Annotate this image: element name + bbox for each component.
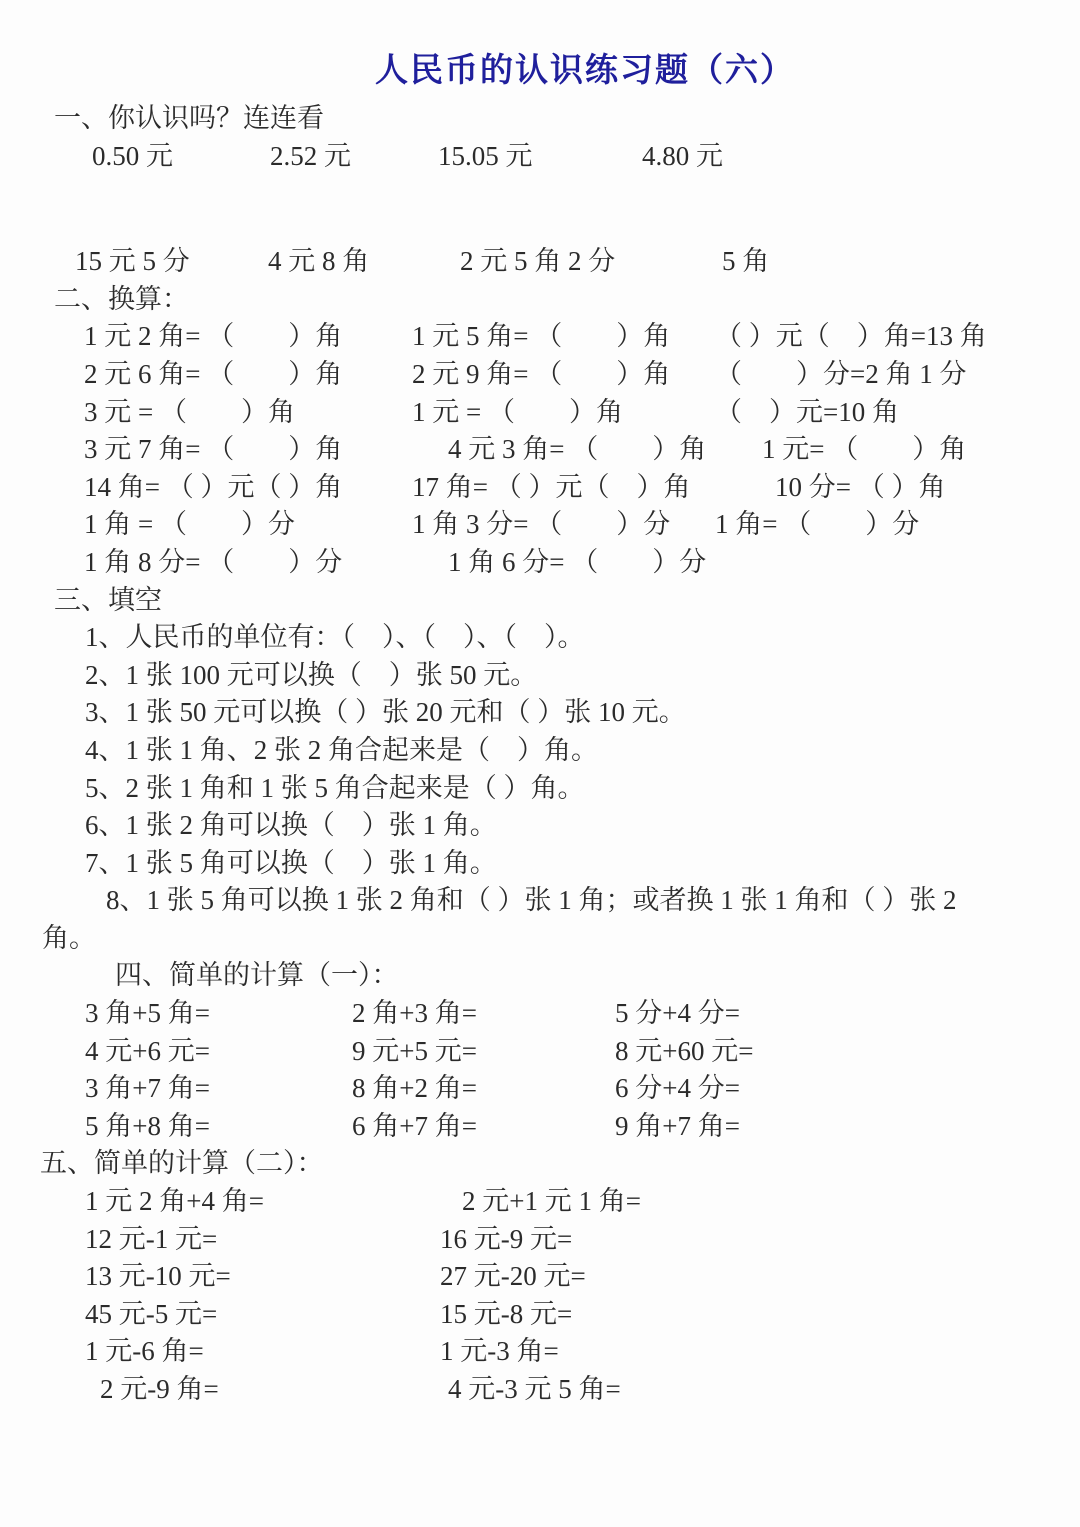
- calc2-row: 1 元-6 角= 1 元-3 角=: [0, 1333, 1080, 1371]
- fill-blank-item: 7、1 张 5 角可以换（ ）张 1 角。: [0, 845, 1080, 883]
- page-title: 人民币的认识练习题（六）: [0, 44, 1080, 91]
- conversion-row: 2 元 6 角= （ ）角 2 元 9 角= （ ）角 （ ）分=2 角 1 分: [0, 356, 1080, 394]
- conversion-problem: 14 角= （ ）元（ ）角: [84, 469, 342, 507]
- conversion-problem: （ ）元（ ）角=13 角: [715, 318, 987, 356]
- conversion-problem: 17 角= （ ）元（ ）角: [412, 469, 690, 507]
- money-label: 2.52 元: [270, 138, 351, 176]
- calc-problem: 15 元-8 元=: [440, 1296, 572, 1334]
- calc-problem: 8 角+2 角=: [352, 1070, 477, 1108]
- section2-header: 二、换算：: [0, 281, 1080, 319]
- conversion-problem: 3 元 7 角= （ ）角: [84, 431, 342, 469]
- calc-problem: 3 角+7 角=: [85, 1070, 210, 1108]
- calc-problem: 4 元+6 元=: [85, 1033, 210, 1071]
- calc-problem: 12 元-1 元=: [85, 1221, 217, 1259]
- calc1-row: 4 元+6 元= 9 元+5 元= 8 元+60 元=: [0, 1033, 1080, 1071]
- calc1-row: 3 角+7 角= 8 角+2 角= 6 分+4 分=: [0, 1070, 1080, 1108]
- fill-blank-item: 2、1 张 100 元可以换（ ）张 50 元。: [0, 657, 1080, 695]
- calc-problem: 6 角+7 角=: [352, 1108, 477, 1146]
- calc-problem: 2 元+1 元 1 角=: [462, 1183, 641, 1221]
- matching-blank-area: [0, 175, 1080, 243]
- calc-problem: 4 元-3 元 5 角=: [448, 1371, 621, 1409]
- conversion-row: 3 元 7 角= （ ）角 4 元 3 角= （ ）角 1 元= （ ）角: [0, 431, 1080, 469]
- section1-header: 一、你认识吗？连连看: [0, 100, 1080, 138]
- calc-problem: 2 角+3 角=: [352, 995, 477, 1033]
- conversion-row: 3 元 = （ ）角 1 元 = （ ）角 （ ）元=10 角: [0, 394, 1080, 432]
- calc-problem: 5 角+8 角=: [85, 1108, 210, 1146]
- money-label: 0.50 元: [92, 138, 173, 176]
- money-label: 5 角: [722, 243, 769, 281]
- conversion-row: 1 角 = （ ）分 1 角 3 分= （ ）分 1 角= （ ）分: [0, 506, 1080, 544]
- calc-problem: 9 角+7 角=: [615, 1108, 740, 1146]
- calc-problem: 45 元-5 元=: [85, 1296, 217, 1334]
- calc-problem: 1 元 2 角+4 角=: [85, 1183, 264, 1221]
- calc-problem: 5 分+4 分=: [615, 995, 740, 1033]
- conversion-problem: 1 角 3 分= （ ）分: [412, 506, 670, 544]
- section1-money-row-decimal: 0.50 元 2.52 元 15.05 元 4.80 元: [0, 138, 1080, 176]
- conversion-row: 1 元 2 角= （ ）角 1 元 5 角= （ ）角 （ ）元（ ）角=13 …: [0, 318, 1080, 356]
- conversion-problem: 2 元 9 角= （ ）角: [412, 356, 670, 394]
- conversion-problem: 10 分= （ ）角: [775, 469, 945, 507]
- money-label: 15.05 元: [438, 138, 533, 176]
- calc-problem: 13 元-10 元=: [85, 1258, 231, 1296]
- conversion-row: 14 角= （ ）元（ ）角 17 角= （ ）元（ ）角 10 分= （ ）角: [0, 469, 1080, 507]
- fill-blank-item: 4、1 张 1 角、2 张 2 角合起来是（ ）角。: [0, 732, 1080, 770]
- conversion-problem: 3 元 = （ ）角: [84, 394, 295, 432]
- money-label: 15 元 5 分: [75, 243, 190, 281]
- calc-problem: 8 元+60 元=: [615, 1033, 753, 1071]
- conversion-problem: 1 元= （ ）角: [762, 431, 966, 469]
- conversion-problem: 1 元 5 角= （ ）角: [412, 318, 670, 356]
- conversion-problem: 2 元 6 角= （ ）角: [84, 356, 342, 394]
- fill-blank-item: 8、1 张 5 角可以换 1 张 2 角和（ ）张 1 角；或者换 1 张 1 …: [0, 882, 1080, 920]
- conversion-problem: 1 角 8 分= （ ）分: [84, 544, 342, 582]
- calc-problem: 6 分+4 分=: [615, 1070, 740, 1108]
- conversion-problem: （ ）分=2 角 1 分: [715, 356, 966, 394]
- fill-blank-item: 1、人民币的单位有：（ ）、（ ）、（ ）。: [0, 619, 1080, 657]
- fill-blank-item: 3、1 张 50 元可以换（ ）张 20 元和（ ）张 10 元。: [0, 694, 1080, 732]
- worksheet-content: 一、你认识吗？连连看 0.50 元 2.52 元 15.05 元 4.80 元 …: [0, 100, 1080, 1409]
- fill-blank-item: 6、1 张 2 角可以换（ ）张 1 角。: [0, 807, 1080, 845]
- calc-problem: 16 元-9 元=: [440, 1221, 572, 1259]
- conversion-problem: 1 角 6 分= （ ）分: [448, 544, 706, 582]
- section3-header: 三、填空: [0, 582, 1080, 620]
- calc1-row: 3 角+5 角= 2 角+3 角= 5 分+4 分=: [0, 995, 1080, 1033]
- calc-problem: 1 元-6 角=: [85, 1333, 204, 1371]
- conversion-row: 1 角 8 分= （ ）分 1 角 6 分= （ ）分: [0, 544, 1080, 582]
- calc-problem: 1 元-3 角=: [440, 1333, 559, 1371]
- conversion-problem: 1 角 = （ ）分: [84, 506, 295, 544]
- section5-header: 五、简单的计算（二）：: [0, 1145, 1080, 1183]
- conversion-problem: 1 元 = （ ）角: [412, 394, 623, 432]
- fill-blank-item: 5、2 张 1 角和 1 张 5 角合起来是（ ）角。: [0, 770, 1080, 808]
- calc2-row: 45 元-5 元= 15 元-8 元=: [0, 1296, 1080, 1334]
- money-label: 4.80 元: [642, 138, 723, 176]
- worksheet-page: 人民币的认识练习题（六） 一、你认识吗？连连看 0.50 元 2.52 元 15…: [0, 0, 1080, 1527]
- conversion-problem: 4 元 3 角= （ ）角: [448, 431, 706, 469]
- section4-header: 四、简单的计算（一）：: [0, 957, 1080, 995]
- conversion-problem: （ ）元=10 角: [715, 394, 899, 432]
- conversion-problem: 1 角= （ ）分: [715, 506, 919, 544]
- calc-problem: 9 元+5 元=: [352, 1033, 477, 1071]
- calc1-row: 5 角+8 角= 6 角+7 角= 9 角+7 角=: [0, 1108, 1080, 1146]
- money-label: 2 元 5 角 2 分: [460, 243, 615, 281]
- calc-problem: 2 元-9 角=: [100, 1371, 219, 1409]
- calc2-row: 1 元 2 角+4 角= 2 元+1 元 1 角=: [0, 1183, 1080, 1221]
- calc2-row: 2 元-9 角= 4 元-3 元 5 角=: [0, 1371, 1080, 1409]
- money-label: 4 元 8 角: [268, 243, 369, 281]
- section1-money-row-units: 15 元 5 分 4 元 8 角 2 元 5 角 2 分 5 角: [0, 243, 1080, 281]
- calc2-row: 13 元-10 元= 27 元-20 元=: [0, 1258, 1080, 1296]
- conversion-problem: 1 元 2 角= （ ）角: [84, 318, 342, 356]
- calc-problem: 27 元-20 元=: [440, 1258, 586, 1296]
- calc2-row: 12 元-1 元= 16 元-9 元=: [0, 1221, 1080, 1259]
- calc-problem: 3 角+5 角=: [85, 995, 210, 1033]
- fill-blank-item-continuation: 角。: [0, 920, 1080, 958]
